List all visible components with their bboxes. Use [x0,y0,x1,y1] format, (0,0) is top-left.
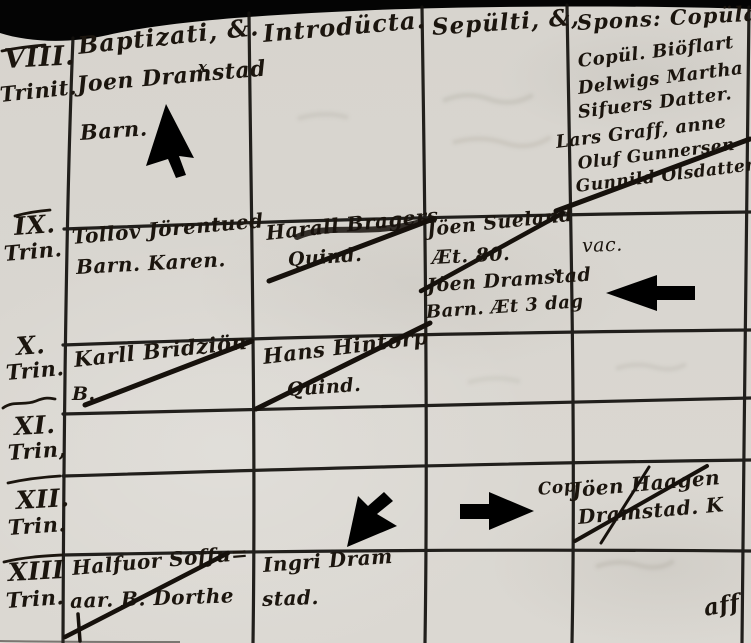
row-label-overline [8,476,60,483]
bleed-through-smudge [300,114,346,118]
entry-baptism-note: Barn. Karen. [75,249,226,277]
row-label-numeral: X. [15,332,46,359]
arrow-down-left-icon [347,492,397,547]
entry-check-mark: x [553,266,561,279]
grid-line-vertical [567,5,573,643]
column-header-introducta: Introdücta. [262,8,427,46]
entry-baptism-name: Joen Dramstad [76,58,267,96]
arrow-right-icon [460,492,534,530]
entry-burial-age: Barn. Æt 3 dag [425,293,584,322]
entry-burial-name: Jöen Sueland [426,206,574,240]
entry-check-mark: x [198,60,207,75]
row-label-numeral: XI. [13,412,56,439]
entry-baptism-name: Karll Bridziön [73,331,248,370]
grid-line-vertical [249,13,254,643]
entry-introduction-note: Quind. [287,246,362,270]
row-label-numeral: XII. [15,485,70,513]
entry-introduction-name: Ingri Dram [262,546,393,575]
arrow-left-icon [606,275,695,311]
crossout-stroke [78,614,80,641]
row-label-name: Trin. [3,238,63,264]
row-label-name: Trinit. [0,76,78,105]
column-header-sepulti: Sepülti, &, [431,6,580,39]
register-page: VIII. Trinit. IX. Trin. X. Trin. XI. Tri… [0,0,751,643]
entry-introduction-name: Hans Hintorp [262,326,430,367]
grid-line-vertical [742,7,749,643]
entry-baptism-name: Tollov Jörentued [71,210,264,247]
arrow-up-icon [146,104,194,178]
row-label-name: Trin. [5,357,65,383]
row-label-numeral: XIII [7,557,65,585]
entry-baptism-note: aar. B. Dorthe [70,585,235,611]
row-label-numeral: IX. [13,211,56,239]
bleed-through-smudge [618,365,684,369]
entry-introduction-name: Harall Bragers [265,205,440,243]
row-label-name: Trin. [5,586,65,611]
row-label-name: Trin. [7,513,67,538]
column-header-baptizati: Baptizati, &. [77,15,260,58]
bleed-through-smudge [598,562,672,567]
entry-vacant-note: vac. [582,236,623,256]
column-header-spons: Spons: Copülat [576,2,751,33]
grid-line-horizontal [0,641,180,642]
entry-baptism-note: B. [72,385,96,404]
entry-introduction-note: Quind. [286,376,361,400]
entry-burial-age: Æt. 80. [432,245,511,268]
row-label-numeral: VIII. [3,42,75,73]
margin-note: aff [702,591,742,620]
grid-line-vertical [63,38,73,643]
entry-baptism-note: Barn. [79,117,148,143]
entry-baptism-name: Halfuor Soffu= [71,543,249,578]
grid-line-horizontal [63,398,751,414]
bleed-through-smudge [470,378,518,382]
bleed-through-smudge [445,95,531,102]
bleed-through-smudge [455,138,549,146]
row-label-overline [3,398,55,408]
row-label-name: Trin, [7,438,67,463]
entry-introduction-name: stad. [262,587,320,609]
